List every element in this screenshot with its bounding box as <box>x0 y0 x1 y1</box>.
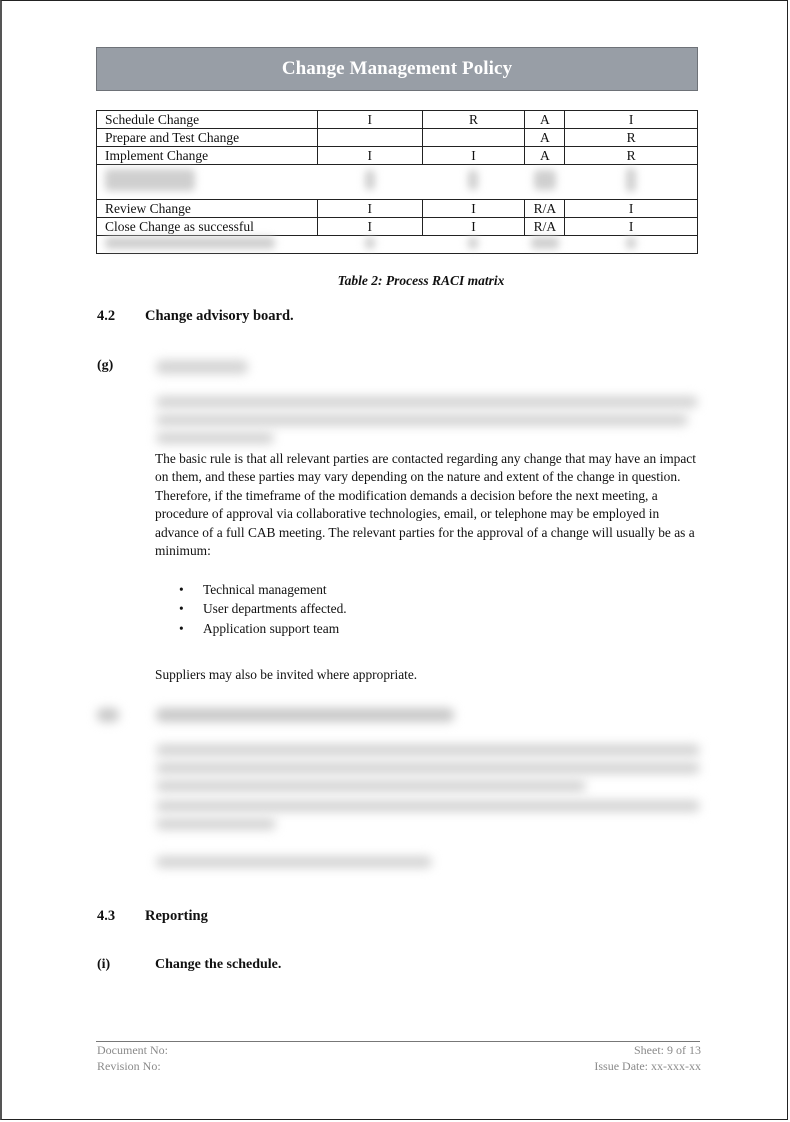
raci-cell: I <box>422 147 525 165</box>
redacted-text-line <box>156 744 700 756</box>
raci-cell: R/A <box>525 200 565 218</box>
list-item-text: User departments affected. <box>203 601 347 616</box>
section-title: Change advisory board. <box>145 308 294 324</box>
document-title-banner: Change Management Policy <box>96 47 698 91</box>
footer-revision-no: Revision No: <box>97 1059 161 1074</box>
redacted-cell <box>565 165 698 200</box>
redacted-text-line <box>156 762 700 774</box>
document-title: Change Management Policy <box>282 58 512 80</box>
footer-issue-date: Issue Date: xx-xxx-xx <box>594 1059 701 1074</box>
item-label-i: (i) <box>97 957 110 973</box>
section-heading-4-3: 4.3Reporting <box>97 908 208 925</box>
redacted-cell <box>97 165 318 200</box>
redacted-subheading <box>156 360 248 374</box>
raci-cell: I <box>422 218 525 236</box>
redacted-text-line <box>156 780 586 792</box>
redacted-text-line <box>156 818 276 830</box>
redacted-text-line <box>156 396 698 408</box>
section-title: Reporting <box>145 908 208 924</box>
list-item: •Technical management <box>155 580 347 599</box>
redacted-cell <box>317 236 422 254</box>
raci-cell: I <box>565 200 698 218</box>
redacted-subheading <box>156 708 454 722</box>
bullet-list: •Technical management •User departments … <box>155 580 347 638</box>
footer-document-no: Document No: <box>97 1043 168 1058</box>
raci-cell: I <box>565 218 698 236</box>
section-number: 4.3 <box>97 908 145 925</box>
table-row: Close Change as successful I I R/A I <box>97 218 698 236</box>
redacted-cell <box>317 165 422 200</box>
footer-sheet: Sheet: 9 of 13 <box>634 1043 701 1058</box>
raci-cell: R <box>422 111 525 129</box>
redacted-cell <box>525 165 565 200</box>
raci-cell: R <box>565 147 698 165</box>
footer-divider <box>96 1041 700 1042</box>
table-row: Schedule Change I R A I <box>97 111 698 129</box>
activity-cell: Implement Change <box>97 147 318 165</box>
redacted-table-row <box>97 165 698 200</box>
list-item: •User departments affected. <box>155 599 347 618</box>
item-label-g: (g) <box>97 358 113 374</box>
raci-cell: I <box>317 218 422 236</box>
redacted-table-row <box>97 236 698 254</box>
redacted-cell <box>422 236 525 254</box>
raci-cell: A <box>525 129 565 147</box>
raci-cell: I <box>422 200 525 218</box>
raci-matrix-table: Schedule Change I R A I Prepare and Test… <box>96 110 698 254</box>
raci-cell: A <box>525 147 565 165</box>
body-paragraph: The basic rule is that all relevant part… <box>155 450 700 560</box>
table-row: Review Change I I R/A I <box>97 200 698 218</box>
activity-cell: Close Change as successful <box>97 218 318 236</box>
raci-cell: I <box>317 111 422 129</box>
activity-cell: Schedule Change <box>97 111 318 129</box>
redacted-text-line <box>156 414 688 426</box>
activity-cell: Review Change <box>97 200 318 218</box>
section-heading-4-2: 4.2Change advisory board. <box>97 308 294 325</box>
redacted-cell <box>525 236 565 254</box>
list-item-text: Application support team <box>203 621 339 636</box>
item-title-i: Change the schedule. <box>155 957 281 973</box>
redacted-cell <box>97 236 318 254</box>
bullet-icon: • <box>179 599 184 618</box>
list-item-text: Technical management <box>203 582 327 597</box>
list-item: •Application support team <box>155 619 347 638</box>
activity-cell: Prepare and Test Change <box>97 129 318 147</box>
table-row: Prepare and Test Change A R <box>97 129 698 147</box>
raci-cell <box>422 129 525 147</box>
raci-cell: I <box>317 200 422 218</box>
section-number: 4.2 <box>97 308 145 325</box>
table-caption: Table 2: Process RACI matrix <box>96 273 746 289</box>
raci-cell: R <box>565 129 698 147</box>
bullet-icon: • <box>179 580 184 599</box>
raci-cell: R/A <box>525 218 565 236</box>
redacted-text-line <box>156 800 700 812</box>
raci-cell: I <box>565 111 698 129</box>
raci-cell <box>317 129 422 147</box>
redacted-cell <box>565 236 698 254</box>
redacted-text-line <box>156 432 274 444</box>
closing-paragraph: Suppliers may also be invited where appr… <box>155 666 700 684</box>
redacted-item-label <box>97 708 119 722</box>
raci-cell: A <box>525 111 565 129</box>
bullet-icon: • <box>179 619 184 638</box>
table-row: Implement Change I I A R <box>97 147 698 165</box>
redacted-cell <box>422 165 525 200</box>
raci-cell: I <box>317 147 422 165</box>
redacted-text-line <box>156 856 432 868</box>
